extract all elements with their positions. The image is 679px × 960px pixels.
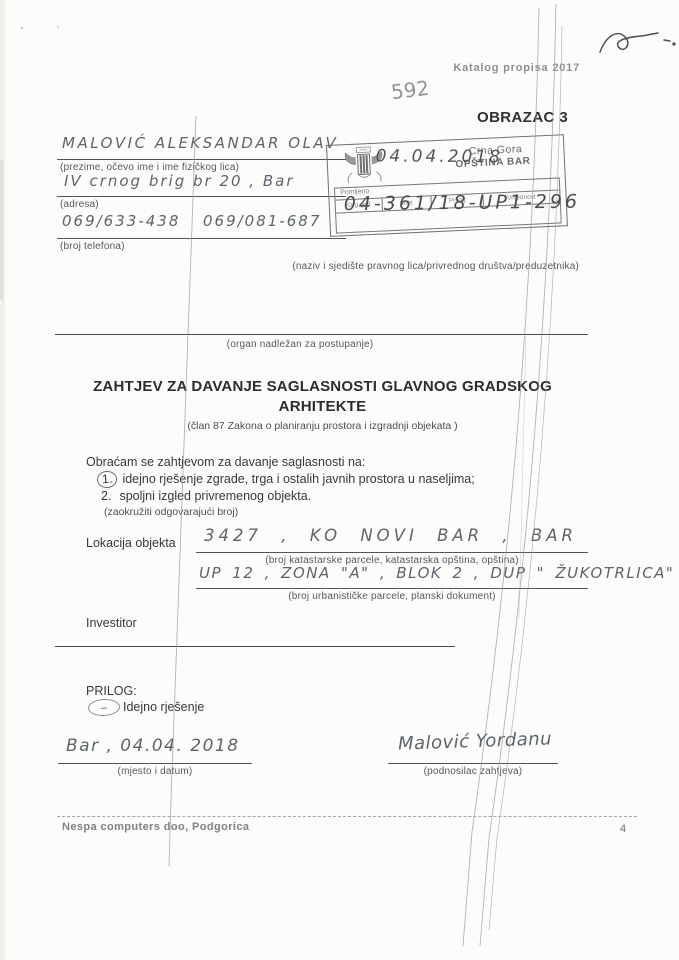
stamp-number-handwritten: 04-361/18-UP1-296 [344, 191, 581, 215]
handwritten-page-note: 592 [390, 76, 431, 104]
signature-underline [388, 763, 558, 764]
request-item-2-text: spoljni izgled privremenog objekta. [119, 489, 311, 503]
request-note: (zaokružiti odgovarajući broj) [104, 506, 238, 518]
form-title-line2: ARHITEKTE [55, 398, 590, 415]
phone-underline [57, 238, 346, 239]
form-title-subtitle: (član 87 Zakona o planiranju prostora i … [55, 420, 590, 432]
request-item-2-number: 2. [101, 489, 111, 503]
investor-line [55, 646, 455, 647]
place-date-value: Bar , 04.04. 2018 [66, 736, 240, 756]
request-item-1: 1.idejno rješenje zgrade, trga i ostalih… [97, 471, 475, 488]
receipt-stamp-box: Crna Gora OPŠTINA BAR 04.04.2018 Primlje… [326, 134, 568, 237]
attachment-item: –Idejno rješenje [88, 699, 204, 716]
circled-option-1: 1. [96, 470, 118, 488]
scanned-form-page: Katalog propisa 2017 592 OBRAZAC 3 MALOV… [0, 0, 679, 960]
applicant-phone1-value: 069/633-438 [62, 212, 180, 230]
attachments-label: PRILOG: [86, 684, 137, 698]
address-underline [57, 196, 346, 197]
applicant-name-value: MALOVIĆ ALEKSANDAR OLAV [62, 134, 338, 152]
scan-left-edge [0, 0, 5, 960]
signature-caption: (podnosilac zahtjeva) [388, 766, 558, 777]
investor-label: Investitor [86, 616, 137, 630]
stamp-date-handwritten: 04.04.2018 [376, 146, 503, 167]
handwritten-scribble-icon [600, 33, 675, 52]
place-date-underline [58, 763, 252, 764]
location-urban-caption: (broj urbanističke parcele, planski doku… [196, 591, 588, 602]
location-label: Lokacija objekta [86, 536, 176, 550]
applicant-address-caption: (adresa) [60, 199, 99, 210]
location-urban-value: UP 12 , ZONA "A" , BLOK 2 , DUP " ŽUKOTR… [199, 564, 674, 582]
request-item-2: 2.spoljni izgled privremenog objekta. [101, 489, 311, 503]
stamp-caption: (naziv i sjedište pravnog lica/privredno… [283, 261, 579, 272]
request-intro: Obraćam se zahtjevom za davanje saglasno… [86, 455, 365, 469]
form-title-line1: ZAHTJEV ZA DAVANJE SAGLASNOSTI GLAVNOG G… [55, 378, 590, 395]
cadastral-underline [196, 552, 588, 553]
catalog-header: Katalog propisa 2017 [430, 62, 580, 74]
footer-publisher: Nespa computers doo, Podgorica [62, 821, 249, 833]
place-date-caption: (mjesto i datum) [58, 766, 252, 777]
footer-divider [57, 816, 637, 817]
name-underline [57, 159, 346, 160]
authority-caption: (organ nadležan za postupanje) [180, 339, 420, 350]
circled-dash-mark: – [88, 698, 121, 717]
applicant-phone2-value: 069/081-687 [203, 212, 321, 230]
authority-line [55, 334, 588, 335]
location-cadastral-value: 3427 , KO NOVI BAR , BAR [204, 526, 577, 545]
urban-underline [196, 588, 588, 589]
attachment-item-text: Idejno rješenje [123, 700, 204, 714]
applicant-phone-caption: (broj telefona) [60, 241, 125, 252]
applicant-address-value: IV crnog brig br 20 , Bar [64, 172, 294, 190]
signature-value: Malović Yordanu [398, 728, 553, 754]
request-item-1-text: idejno rješenje zgrade, trga i ostalih j… [122, 472, 474, 486]
form-code: OBRAZAC 3 [477, 109, 568, 126]
page-number: 4 [620, 823, 626, 835]
